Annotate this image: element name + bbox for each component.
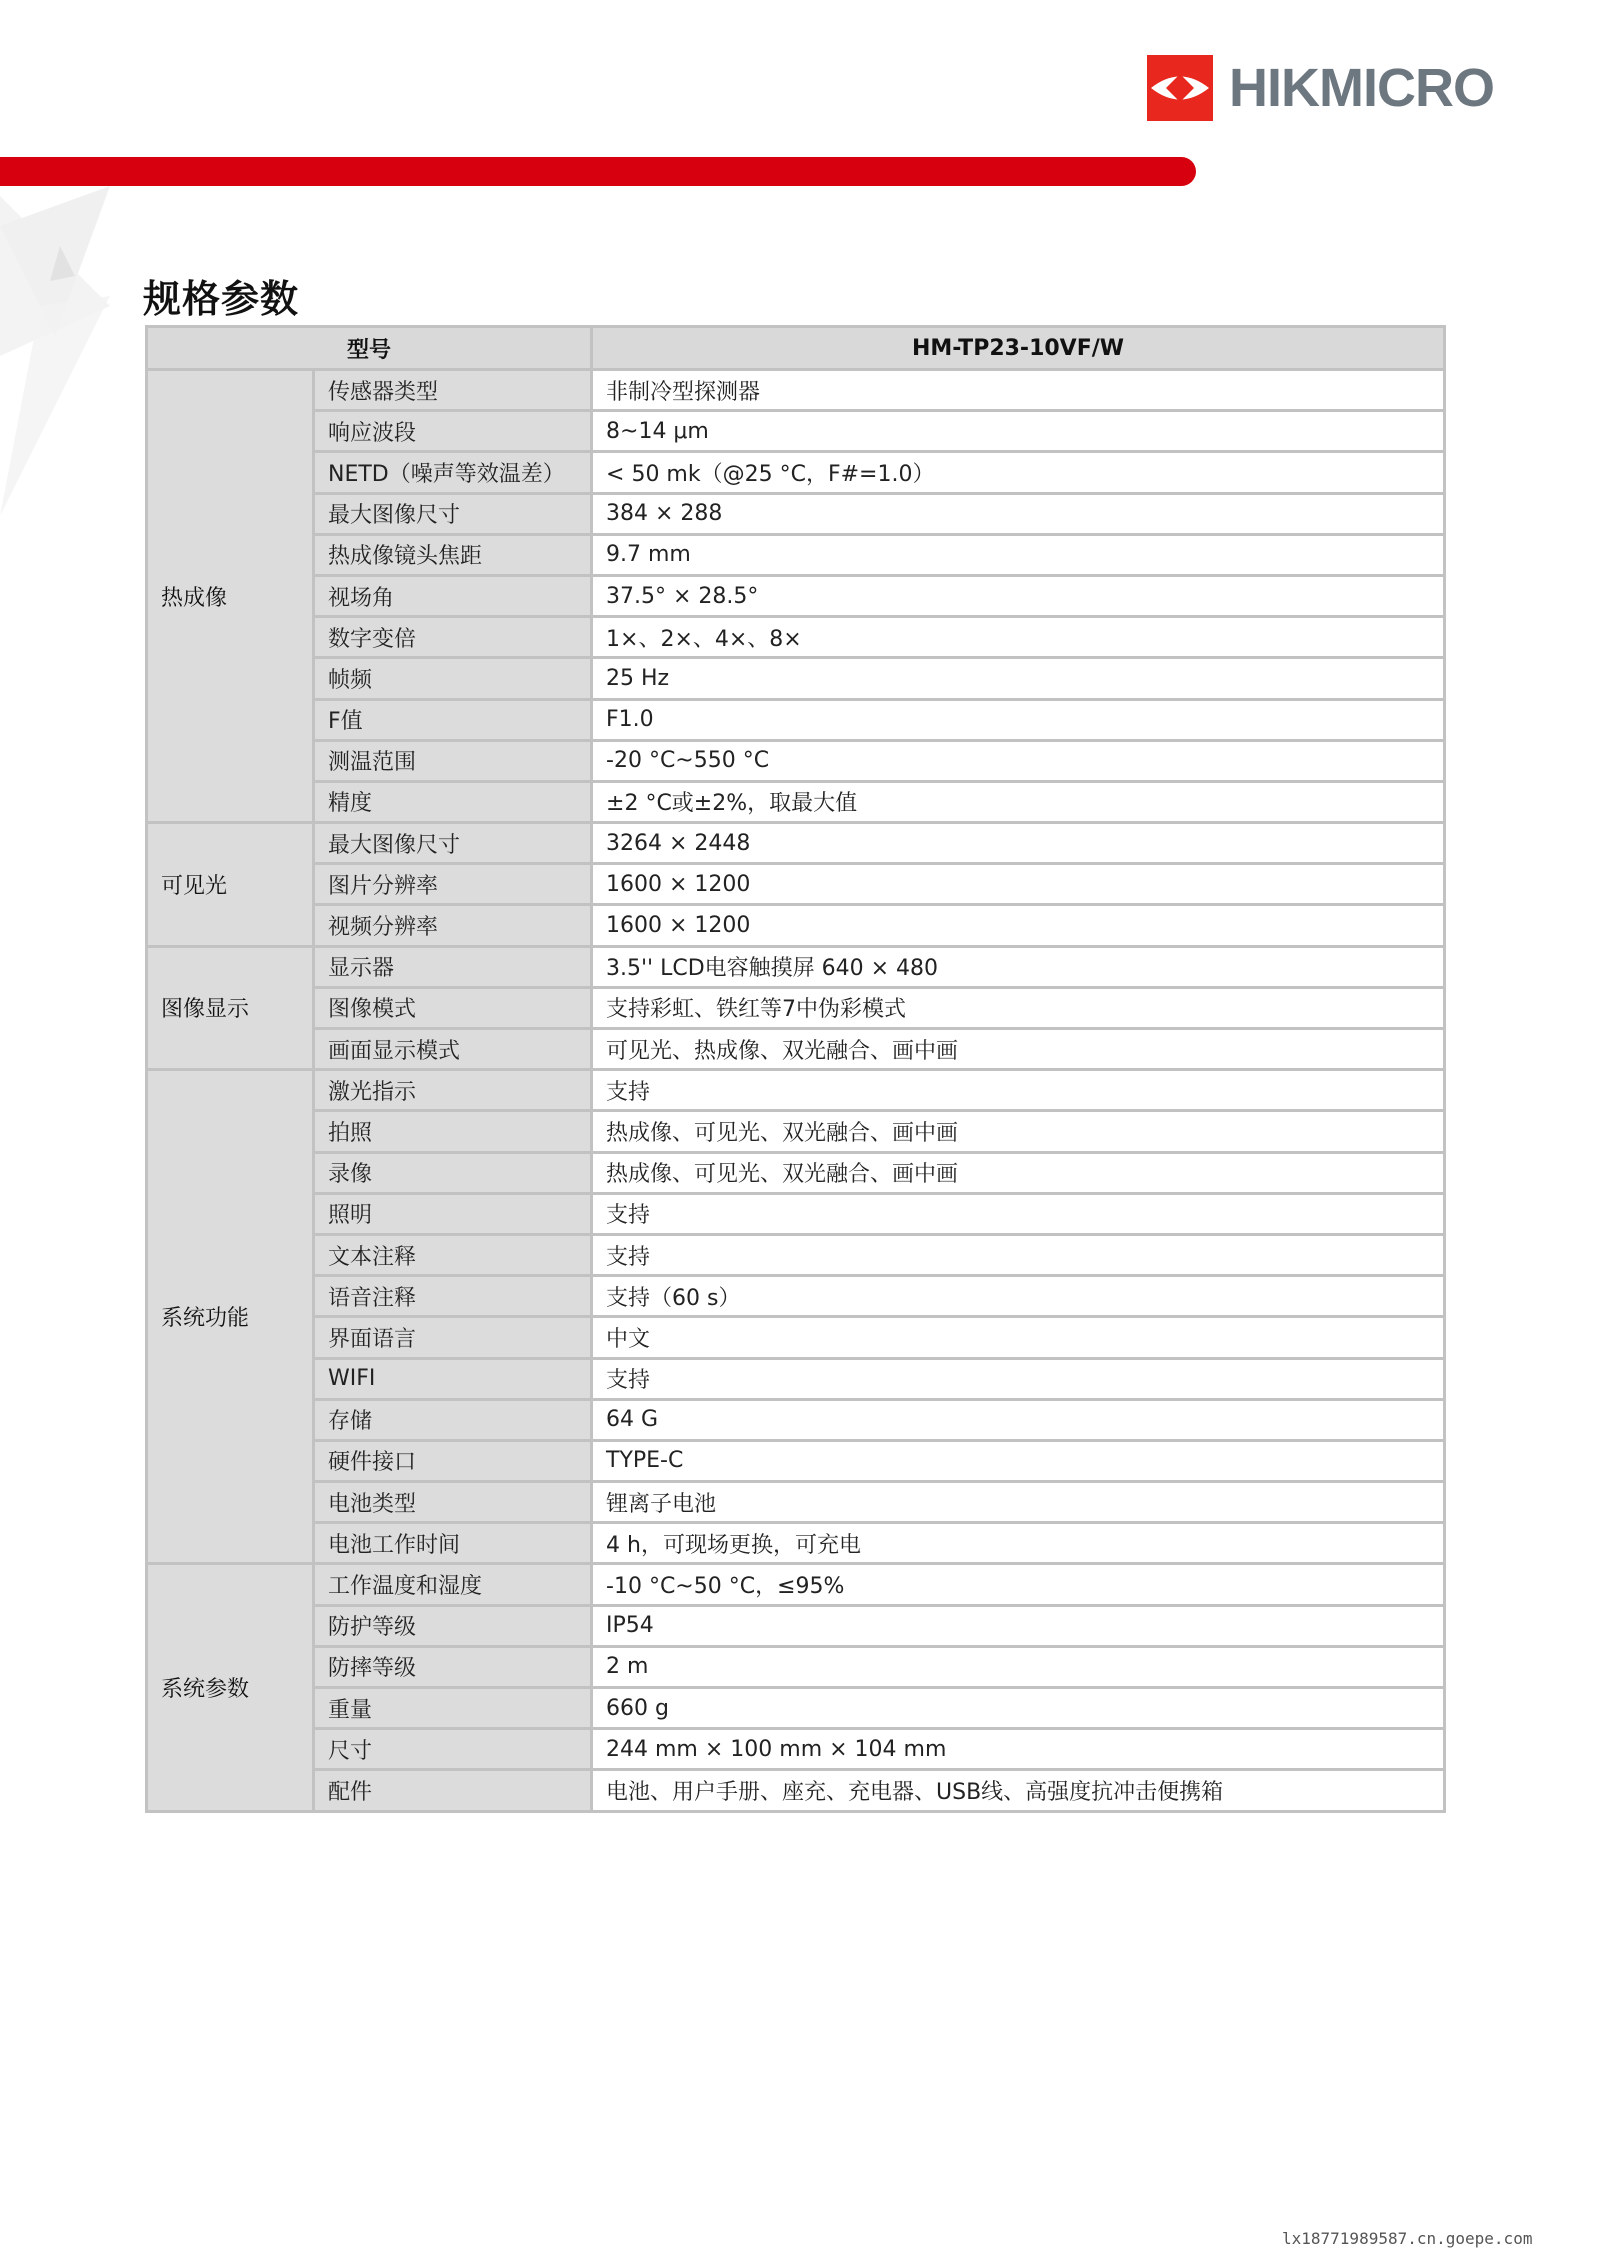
table-row: 图像显示显示器3.5'' LCD电容触摸屏 640 × 480 [147, 946, 1445, 987]
spec-label: 最大图像尺寸 [314, 823, 592, 864]
model-label: 型号 [147, 327, 592, 370]
table-row: F值F1.0 [147, 699, 1445, 740]
spec-value: 支持 [592, 1358, 1445, 1399]
table-row: 存储64 G [147, 1399, 1445, 1440]
table-row: 系统参数工作温度和湿度-10 °C~50 °C，≤95% [147, 1564, 1445, 1605]
spec-value: 4 h，可现场更换，可充电 [592, 1523, 1445, 1564]
table-row: NETD（噪声等效温差） < 50 mk（@25 °C，F#=1.0） [147, 452, 1445, 493]
table-row: 照明支持 [147, 1193, 1445, 1234]
table-row: 测温范围-20 °C~550 °C [147, 740, 1445, 781]
spec-label: 尺寸 [314, 1729, 592, 1770]
spec-label: 视频分辨率 [314, 905, 592, 946]
spec-value: 非制冷型探测器 [592, 370, 1445, 411]
table-row: 配件电池、用户手册、座充、充电器、USB线、高强度抗冲击便携箱 [147, 1770, 1445, 1811]
spec-label: 存储 [314, 1399, 592, 1440]
spec-label: 数字变倍 [314, 617, 592, 658]
spec-value: 1×、2×、4×、8× [592, 617, 1445, 658]
spec-label: 激光指示 [314, 1070, 592, 1111]
spec-label: 界面语言 [314, 1317, 592, 1358]
spec-label: WIFI [314, 1358, 592, 1399]
spec-label: 电池工作时间 [314, 1523, 592, 1564]
header-red-bar [0, 157, 1196, 186]
model-value: HM-TP23-10VF/W [592, 327, 1445, 370]
spec-value: ±2 °C或±2%，取最大值 [592, 781, 1445, 822]
spec-value: 电池、用户手册、座充、充电器、USB线、高强度抗冲击便携箱 [592, 1770, 1445, 1811]
page-title: 规格参数 [143, 268, 299, 323]
table-row: 图片分辨率1600 × 1200 [147, 864, 1445, 905]
table-row: 重量660 g [147, 1688, 1445, 1729]
footer-watermark: lx18771989587.cn.goepe.com [1282, 2229, 1532, 2248]
table-row: WIFI支持 [147, 1358, 1445, 1399]
spec-value: 中文 [592, 1317, 1445, 1358]
spec-label: 精度 [314, 781, 592, 822]
table-row: 可见光最大图像尺寸3264 × 2448 [147, 823, 1445, 864]
table-row: 电池类型锂离子电池 [147, 1482, 1445, 1523]
spec-value: 25 Hz [592, 658, 1445, 699]
spec-value: 支持彩虹、铁红等7中伪彩模式 [592, 987, 1445, 1028]
spec-label: 工作温度和湿度 [314, 1564, 592, 1605]
spec-value: TYPE-C [592, 1440, 1445, 1481]
table-row: 电池工作时间4 h，可现场更换，可充电 [147, 1523, 1445, 1564]
spec-label: 画面显示模式 [314, 1029, 592, 1070]
decorative-polygons [0, 186, 120, 516]
table-row: 数字变倍1×、2×、4×、8× [147, 617, 1445, 658]
spec-value: 2 m [592, 1646, 1445, 1687]
spec-value: 3264 × 2448 [592, 823, 1445, 864]
group-label: 图像显示 [147, 946, 314, 1070]
table-row: 界面语言中文 [147, 1317, 1445, 1358]
spec-label: 防摔等级 [314, 1646, 592, 1687]
spec-value: 可见光、热成像、双光融合、画中画 [592, 1029, 1445, 1070]
spec-label: 防护等级 [314, 1605, 592, 1646]
spec-label: 拍照 [314, 1111, 592, 1152]
table-header-row: 型号 HM-TP23-10VF/W [147, 327, 1445, 370]
hikmicro-logo: HIKMICRO [1147, 55, 1494, 121]
table-row: 文本注释支持 [147, 1234, 1445, 1275]
spec-label: 硬件接口 [314, 1440, 592, 1481]
group-label: 热成像 [147, 370, 314, 823]
spec-label: 热成像镜头焦距 [314, 534, 592, 575]
spec-label: 响应波段 [314, 411, 592, 452]
spec-label: 图像模式 [314, 987, 592, 1028]
table-row: 语音注释支持（60 s） [147, 1276, 1445, 1317]
table-row: 录像热成像、可见光、双光融合、画中画 [147, 1152, 1445, 1193]
table-row: 视场角37.5° × 28.5° [147, 575, 1445, 616]
spec-label: 重量 [314, 1688, 592, 1729]
spec-label: NETD（噪声等效温差） [314, 452, 592, 493]
table-row: 热成像传感器类型非制冷型探测器 [147, 370, 1445, 411]
spec-value: 8~14 μm [592, 411, 1445, 452]
spec-label: 测温范围 [314, 740, 592, 781]
spec-value: IP54 [592, 1605, 1445, 1646]
table-row: 拍照热成像、可见光、双光融合、画中画 [147, 1111, 1445, 1152]
spec-value: -10 °C~50 °C，≤95% [592, 1564, 1445, 1605]
spec-value: F1.0 [592, 699, 1445, 740]
spec-value: 支持 [592, 1234, 1445, 1275]
spec-value: -20 °C~550 °C [592, 740, 1445, 781]
spec-label: 最大图像尺寸 [314, 493, 592, 534]
brand-name: HIKMICRO [1229, 55, 1494, 121]
hikmicro-logo-icon [1147, 55, 1213, 121]
table-row: 热成像镜头焦距9.7 mm [147, 534, 1445, 575]
table-row: 响应波段8~14 μm [147, 411, 1445, 452]
spec-value: 1600 × 1200 [592, 905, 1445, 946]
group-label: 系统参数 [147, 1564, 314, 1811]
spec-label: 显示器 [314, 946, 592, 987]
spec-value: 锂离子电池 [592, 1482, 1445, 1523]
table-row: 防护等级IP54 [147, 1605, 1445, 1646]
spec-value: 支持 [592, 1070, 1445, 1111]
table-row: 图像模式支持彩虹、铁红等7中伪彩模式 [147, 987, 1445, 1028]
table-row: 视频分辨率1600 × 1200 [147, 905, 1445, 946]
spec-value: 660 g [592, 1688, 1445, 1729]
group-label: 系统功能 [147, 1070, 314, 1564]
group-label: 可见光 [147, 823, 314, 947]
spec-label: 电池类型 [314, 1482, 592, 1523]
table-row: 防摔等级2 m [147, 1646, 1445, 1687]
spec-label: 帧频 [314, 658, 592, 699]
spec-value: 热成像、可见光、双光融合、画中画 [592, 1111, 1445, 1152]
table-row: 画面显示模式可见光、热成像、双光融合、画中画 [147, 1029, 1445, 1070]
spec-label: 配件 [314, 1770, 592, 1811]
spec-label: 照明 [314, 1193, 592, 1234]
spec-value: 热成像、可见光、双光融合、画中画 [592, 1152, 1445, 1193]
spec-label: 文本注释 [314, 1234, 592, 1275]
table-row: 精度±2 °C或±2%，取最大值 [147, 781, 1445, 822]
spec-value: 244 mm × 100 mm × 104 mm [592, 1729, 1445, 1770]
spec-value: 支持 [592, 1193, 1445, 1234]
spec-label: 视场角 [314, 575, 592, 616]
spec-label: 图片分辨率 [314, 864, 592, 905]
table-row: 硬件接口TYPE-C [147, 1440, 1445, 1481]
spec-table: 型号 HM-TP23-10VF/W 热成像传感器类型非制冷型探测器响应波段8~1… [145, 325, 1446, 1813]
spec-value: 9.7 mm [592, 534, 1445, 575]
table-row: 帧频25 Hz [147, 658, 1445, 699]
spec-value: < 50 mk（@25 °C，F#=1.0） [592, 452, 1445, 493]
spec-value: 支持（60 s） [592, 1276, 1445, 1317]
table-row: 系统功能激光指示支持 [147, 1070, 1445, 1111]
spec-value: 37.5° × 28.5° [592, 575, 1445, 616]
spec-value: 3.5'' LCD电容触摸屏 640 × 480 [592, 946, 1445, 987]
spec-label: 传感器类型 [314, 370, 592, 411]
spec-label: F值 [314, 699, 592, 740]
spec-value: 64 G [592, 1399, 1445, 1440]
spec-value: 1600 × 1200 [592, 864, 1445, 905]
table-row: 尺寸244 mm × 100 mm × 104 mm [147, 1729, 1445, 1770]
table-row: 最大图像尺寸384 × 288 [147, 493, 1445, 534]
spec-value: 384 × 288 [592, 493, 1445, 534]
spec-label: 录像 [314, 1152, 592, 1193]
spec-label: 语音注释 [314, 1276, 592, 1317]
